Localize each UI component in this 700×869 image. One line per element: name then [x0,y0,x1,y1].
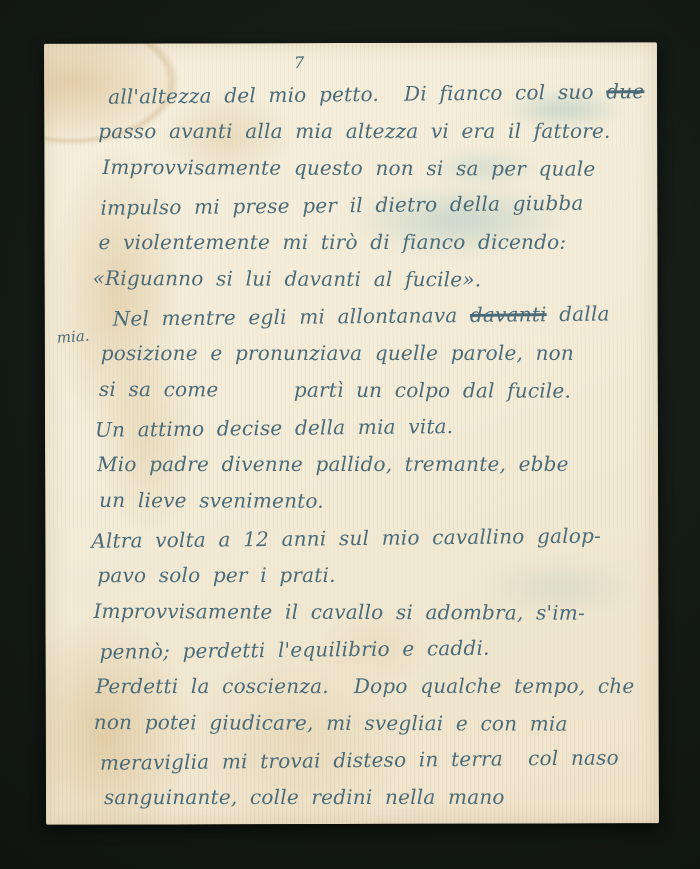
letter-page: 7 mia. all'altezza del mio petto. Di fia… [44,42,659,825]
handwriting-line: all'altezza del mio petto. Di fianco col… [108,73,637,116]
line-text: Nel mentre egli mi allontanava [113,303,470,331]
margin-note: mia. [56,327,90,347]
handwriting-line: Altra volta a 12 anni sul mio cavallino … [91,517,638,560]
line-text: all'altezza del mio petto. Di fianco col… [108,79,606,108]
handwriting-text: all'altezza del mio petto. Di fianco col… [96,75,639,816]
handwriting-line: Improvvisamente questo non si sa per qua… [102,149,637,188]
handwriting-line: Nel mentre egli mi allontanava davanti d… [113,295,638,337]
handwriting-line: un lieve svenimento. [99,482,638,521]
handwriting-line: «Riguanno si lui davanti al fucile». [93,260,638,299]
line-text: dalla [546,301,609,326]
handwriting-line: Mio padre divenne pallido, tremante, ebb… [97,446,638,483]
handwriting-line: Improvvisamente il cavallo si adombra, s… [93,593,638,632]
page-number: 7 [284,53,314,72]
handwriting-line: posizione e pronunziava quelle parole, n… [101,335,638,372]
handwriting-line: pavo solo per i prati. [97,557,638,594]
handwriting-line: impulso mi prese per il dietro della giu… [100,184,637,227]
scanned-letter-photo: 7 mia. all'altezza del mio petto. Di fia… [0,0,700,869]
handwriting-line: e violentemente mi tirò di fianco dicend… [98,224,637,261]
handwriting-line: Perdetti la coscienza. Dopo qualche temp… [96,668,639,705]
handwriting-line: sanguinante, colle redini nella mano [104,779,639,816]
handwriting-line: passo avanti alla mia altezza vi era il … [98,113,637,150]
handwriting-line: pennò; perdetti l'equilibrio e caddi. [99,628,638,671]
struck-word: davanti [470,302,547,327]
handwriting-line: si sa come partì un colpo dal fucile. [99,371,638,410]
struck-word: due [606,79,644,103]
handwriting-line: meraviglia mi trovai disteso in terra co… [100,739,639,782]
handwriting-line: non potei giudicare, mi svegliai e con m… [94,704,639,743]
handwriting-line: Un attimo decise della mia vita. [95,406,638,449]
